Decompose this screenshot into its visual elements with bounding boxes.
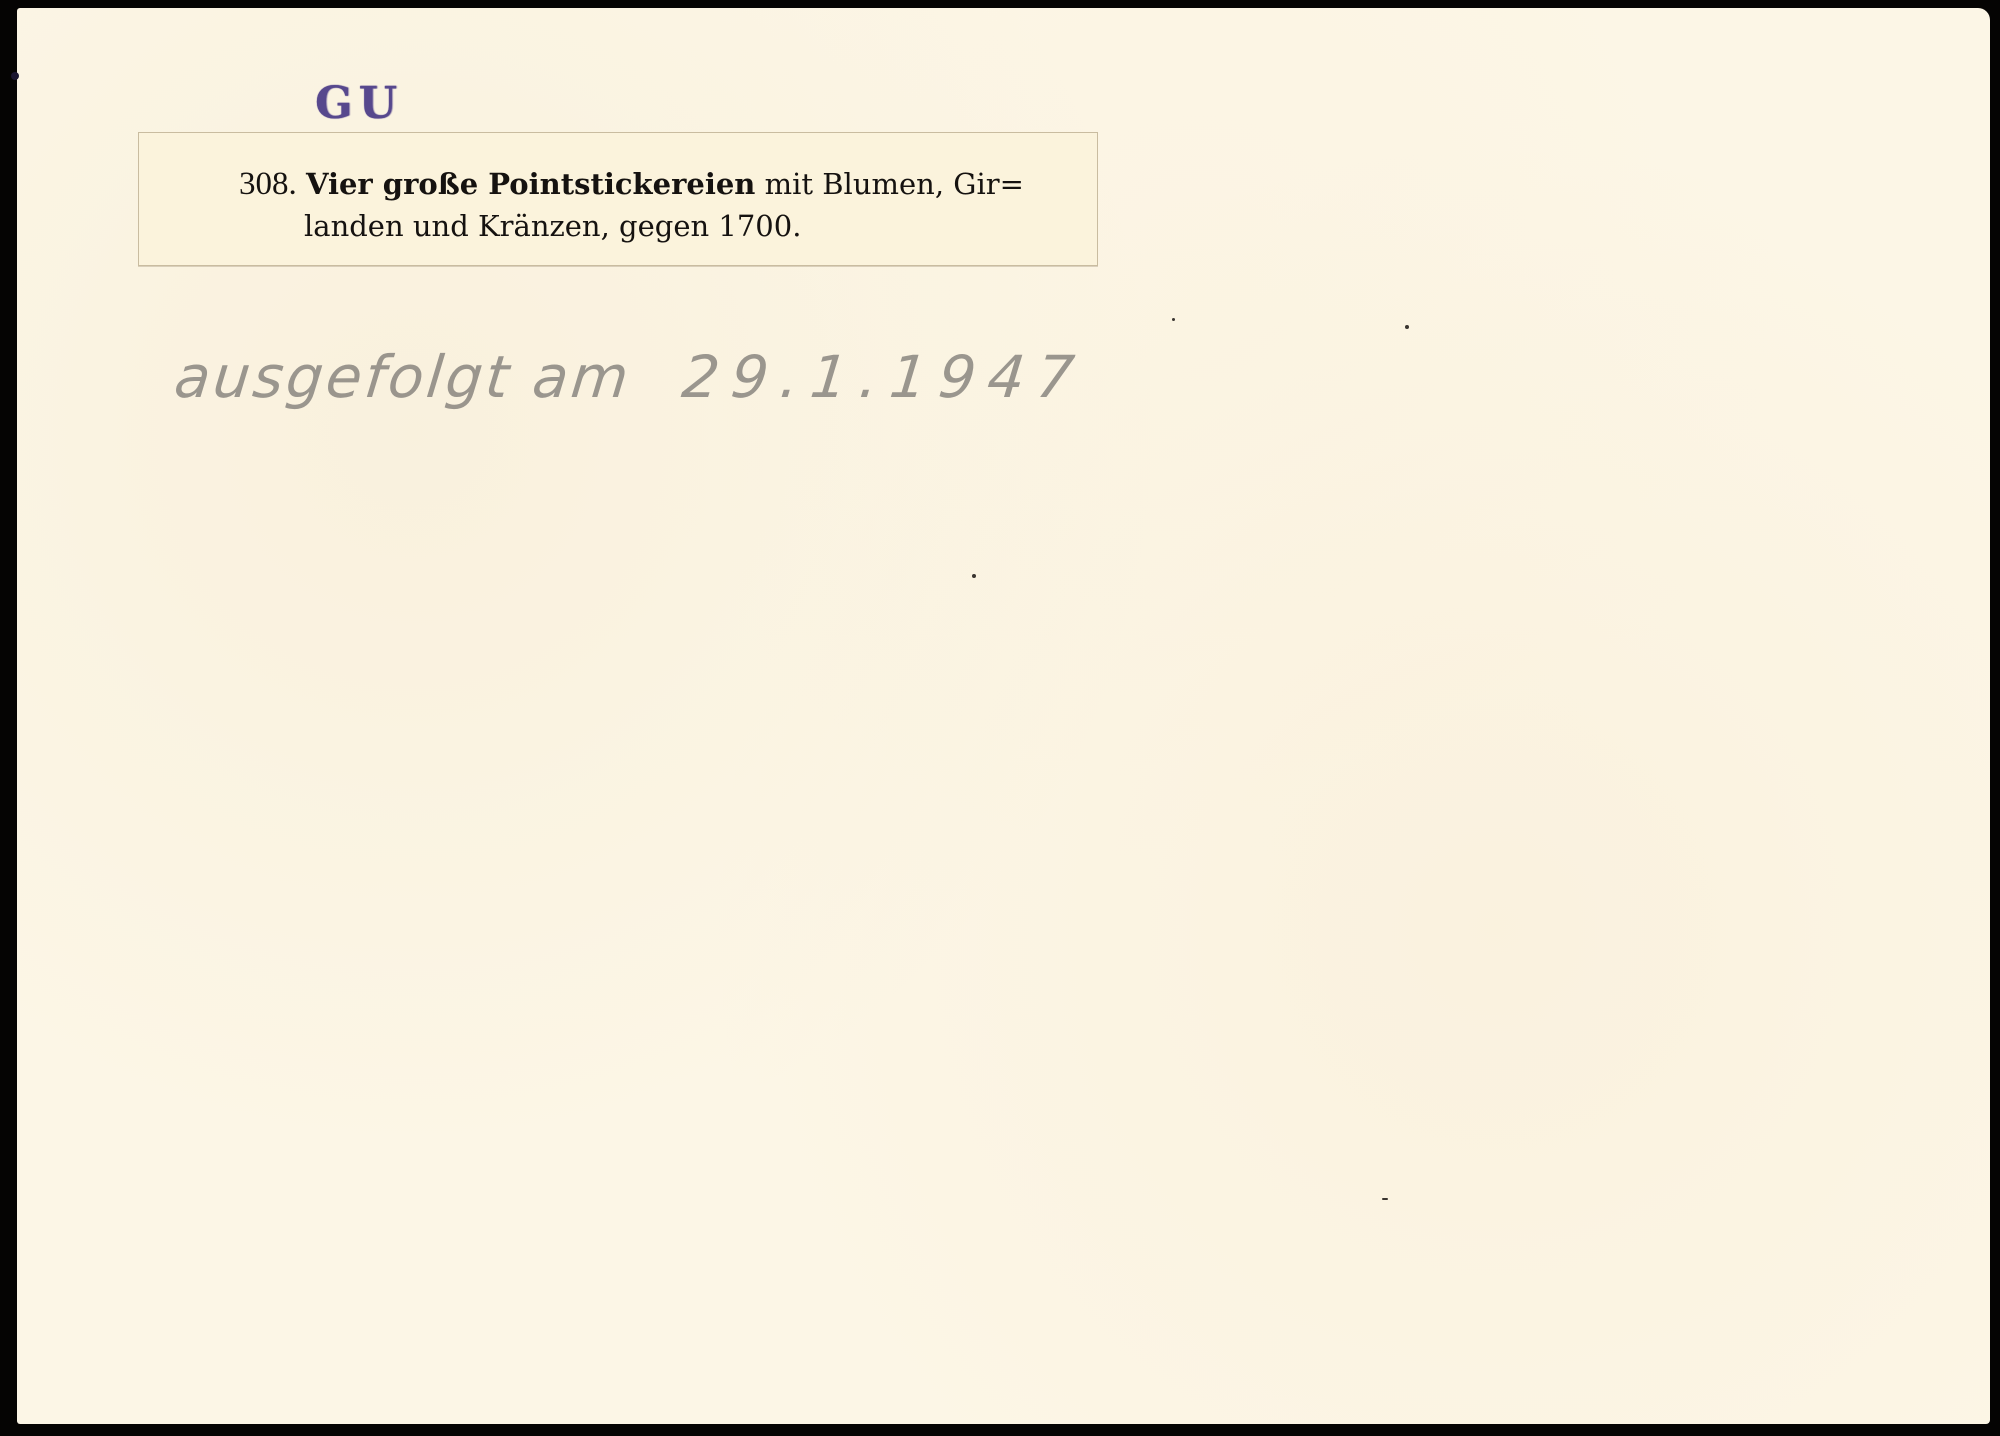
paper-speck: [1405, 325, 1409, 329]
entry-description-line2: landen und Kränzen, gegen 1700.: [239, 205, 1089, 247]
entry-description-line1: mit Blumen, Gir=: [765, 167, 1024, 201]
catalog-label-slip: 308. Vier große Pointstickereien mit Blu…: [138, 132, 1098, 266]
catalog-entry-text: 308. Vier große Pointstickereien mit Blu…: [239, 163, 1089, 247]
paper-speck: [11, 72, 19, 80]
entry-title: Vier große Pointstickereien: [306, 167, 755, 201]
paper-speck: [1382, 1198, 1388, 1200]
index-card: GU 308. Vier große Pointstickereien mit …: [17, 8, 1990, 1424]
handwritten-date: 29.1.1947: [679, 343, 1089, 411]
paper-speck: [1172, 318, 1175, 321]
paper-speck: [972, 574, 976, 578]
ink-stamp: GU: [315, 78, 403, 129]
handwritten-release-note: ausgefolgt am 29.1.1947: [171, 343, 1089, 411]
handwritten-text: ausgefolgt am: [171, 343, 634, 411]
lot-number: 308.: [239, 166, 297, 202]
